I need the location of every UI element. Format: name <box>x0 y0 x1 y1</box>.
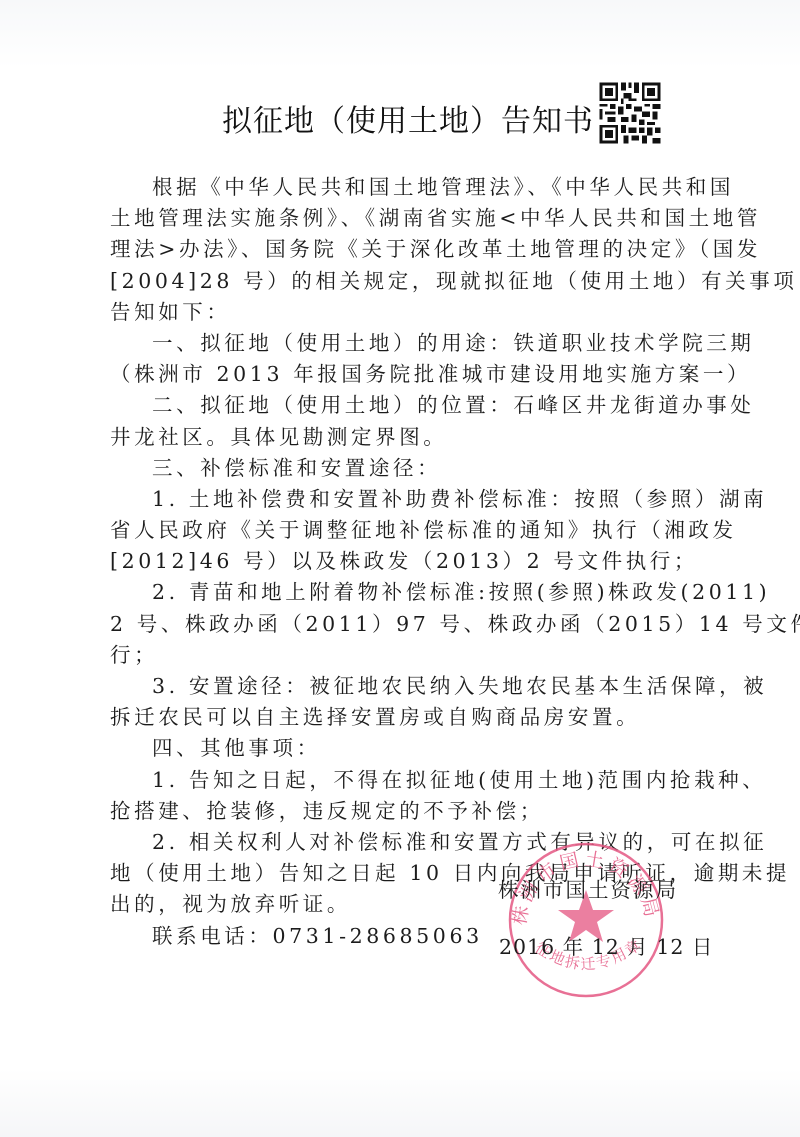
qr-code-icon <box>597 80 663 146</box>
paragraph-line: （株洲市 2013 年报国务院批准城市建设用地实施方案一） <box>110 359 694 390</box>
issue-date: 2016 年 12 月 12 日 <box>499 930 713 960</box>
paragraph-line: 土地管理法实施条例》、《湖南省实施<中华人民共和国土地管 <box>110 203 694 234</box>
issuing-authority: 株洲市国土资源局 <box>498 873 678 903</box>
section-heading-other: 四、其他事项： <box>110 733 694 764</box>
list-item: 1. 土地补偿费和安置补助费补偿标准：按照（参照）湖南 <box>110 484 694 515</box>
paragraph-line: 告知如下： <box>110 297 694 328</box>
paragraph-line: 拆迁农民可以自主选择安置房或自购商品房安置。 <box>110 702 694 733</box>
paragraph-line: 理法>办法》、国务院《关于深化改革土地管理的决定》（国发 <box>110 234 694 265</box>
notice-body: 根据《中华人民共和国土地管理法》、《中华人民共和国 土地管理法实施条例》、《湖南… <box>110 172 694 952</box>
paragraph-line: [2012]46 号）以及株政发（2013）2 号文件执行； <box>110 546 694 577</box>
paragraph-line: 根据《中华人民共和国土地管理法》、《中华人民共和国 <box>110 172 694 203</box>
paragraph-line: 2 号、株政办函（2011）97 号、株政办函（2015）14 号文件执 <box>110 609 694 640</box>
section-heading-purpose: 一、拟征地（使用土地）的用途：铁道职业技术学院三期 <box>110 328 694 359</box>
paragraph-line: 行； <box>110 640 694 671</box>
section-heading-location: 二、拟征地（使用土地）的位置：石峰区井龙街道办事处 <box>110 390 694 421</box>
section-heading-compensation: 三、补偿标准和安置途径： <box>110 453 694 484</box>
official-seal-icon: 株洲市国土资源局 征地拆迁专用章 <box>496 838 676 998</box>
list-item: 1. 告知之日起，不得在拟征地(使用土地)范围内抢栽种、 <box>110 765 694 796</box>
document-title: 拟征地（使用土地）告知书 <box>222 96 594 140</box>
list-item: 2. 青苗和地上附着物补偿标准:按照(参照)株政发(2011) <box>110 577 694 608</box>
paragraph-line: [2004]28 号）的相关规定，现就拟征地（使用土地）有关事项 <box>110 266 694 297</box>
list-item: 3. 安置途径：被征地农民纳入失地农民基本生活保障，被 <box>110 671 694 702</box>
paragraph-line: 井龙社区。具体见勘测定界图。 <box>110 422 694 453</box>
paragraph-line: 省人民政府《关于调整征地补偿标准的通知》执行（湘政发 <box>110 515 694 546</box>
paragraph-line: 抢搭建、抢装修，违反规定的不予补偿； <box>110 796 694 827</box>
